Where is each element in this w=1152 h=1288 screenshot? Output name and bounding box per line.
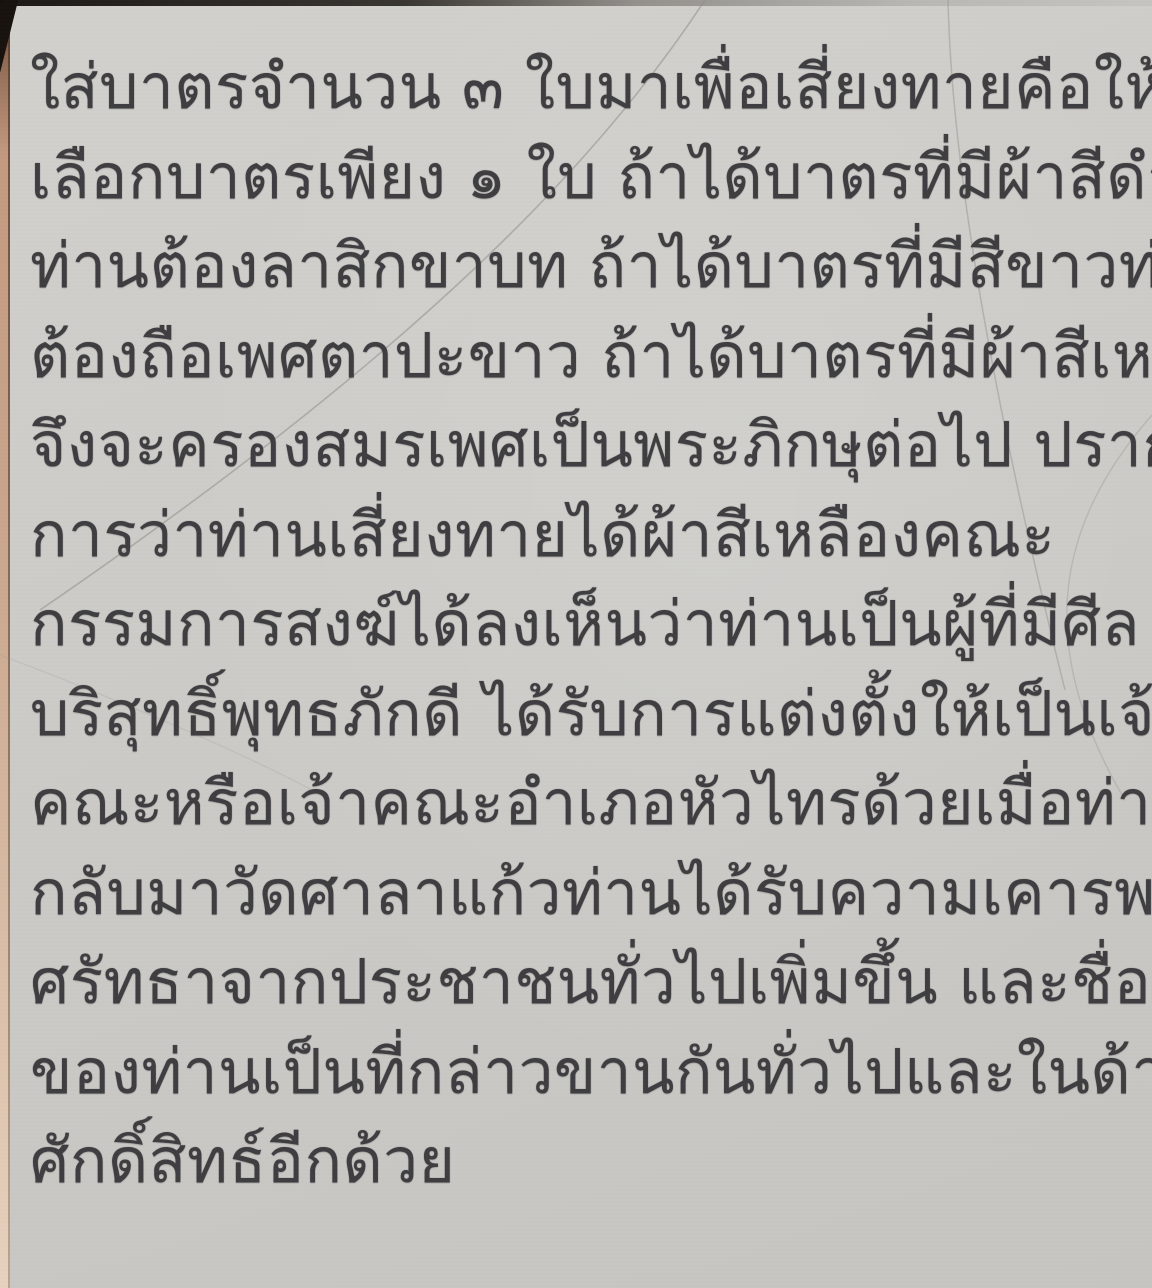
text-line: กลับมาวัดศาลาแก้วท่านได้รับความเคารพถือ [30,848,1130,938]
text-line: ต้องถือเพศตาปะขาว ถ้าได้บาตรที่มีผ้าสีเห… [30,311,1130,401]
text-line: ศักดิ์สิทธ์อีกด้วย [30,1116,1130,1206]
text-line: คณะหรือเจ้าคณะอำเภอหัวไทรด้วยเมื่อท่านได… [30,758,1130,848]
text-line: ศรัทธาจากประชาชนทั่วไปเพิ่มขึ้น และชื่อเ… [30,937,1130,1027]
text-line: กรรมการสงฆ์ได้ลงเห็นว่าท่านเป็นผู้ที่มีศ… [30,579,1130,669]
photographed-page: ใส่บาตรจำนวน ๓ ใบมาเพื่อเสี่ยงทายคือให้ท… [0,0,1152,1288]
text-line: จึงจะครองสมรเพศเป็นพระภิกษุต่อไป ปรากฏ [30,400,1130,490]
text-line: ใส่บาตรจำนวน ๓ ใบมาเพื่อเสี่ยงทายคือให้ท… [30,42,1130,132]
text-line: ของท่านเป็นที่กล่าวขานกันทั่วไปและในด้าน [30,1027,1130,1117]
text-line: บริสุทธิ์พุทธภักดี ได้รับการแต่งตั้งให้เ… [30,669,1130,759]
thai-text-paragraph: ใส่บาตรจำนวน ๓ ใบมาเพื่อเสี่ยงทายคือให้ท… [30,42,1130,1206]
photo-top-edge [0,0,1152,6]
text-line: ท่านต้องลาสิกขาบท ถ้าได้บาตรที่มีสีขาวท่… [30,221,1130,311]
photo-left-edge-line [8,0,10,1288]
text-line: เลือกบาตรเพียง ๑ ใบ ถ้าได้บาตรที่มีผ้าสี… [30,132,1130,222]
text-line: การว่าท่านเสี่ยงทายได้ผ้าสีเหลืองคณะ [30,490,1130,580]
